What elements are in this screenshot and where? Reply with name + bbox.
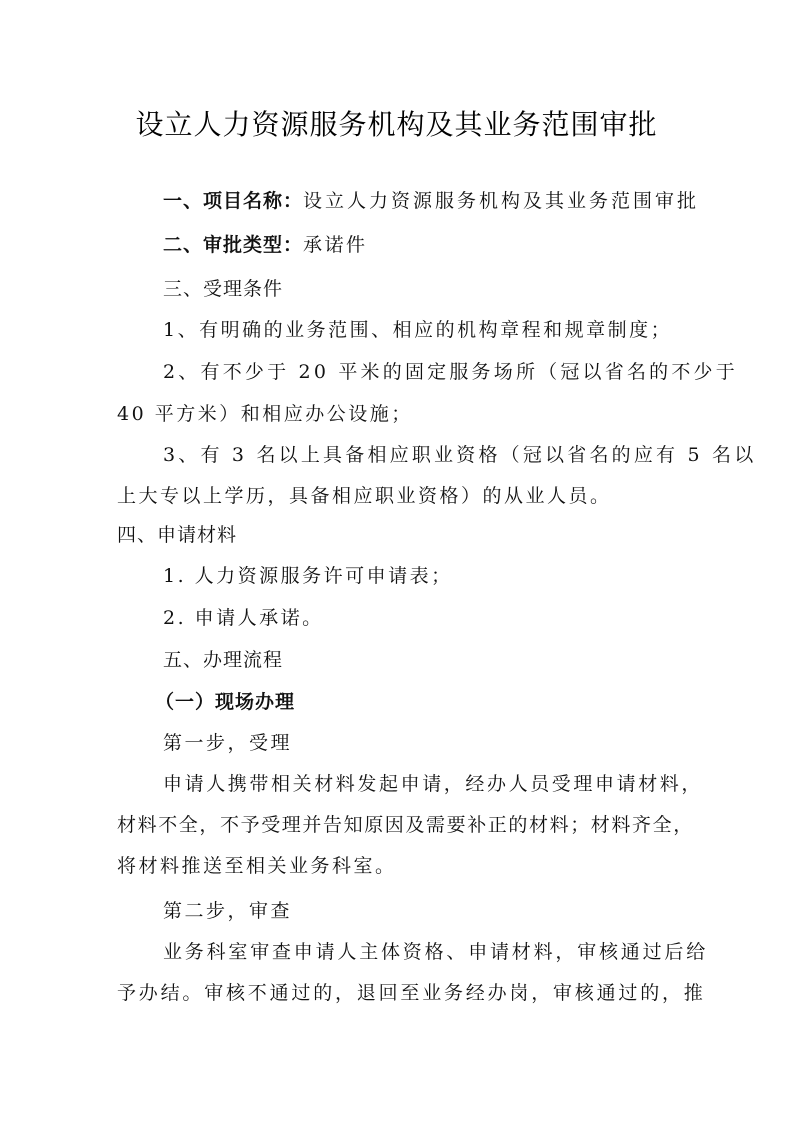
document-title: 设立人力资源服务机构及其业务范围审批 [0, 103, 793, 143]
section3-heading: 三、受理条件 [163, 277, 283, 301]
item-name-label: 一、项目名称： [163, 190, 303, 212]
condition-line: 3、有 3 名以上具备相应职业资格（冠以省名的应有 5 名以 [163, 443, 756, 467]
approval-type-row: 二、审批类型：承诺件 [163, 233, 368, 257]
material-item: 2. 申请人承诺。 [163, 606, 324, 630]
condition-line: 上大专以上学历，具备相应职业资格）的从业人员。 [117, 484, 612, 508]
item-name-row: 一、项目名称：设立人力资源服务机构及其业务范围审批 [163, 189, 699, 213]
condition-line: 1、有明确的业务范围、相应的机构章程和规章制度； [163, 318, 672, 342]
step1-title: 第一步，受理 [163, 731, 292, 755]
step2-line: 业务科室审查申请人主体资格、申请材料，审核通过后给 [163, 940, 708, 964]
step2-line: 予办结。审核不通过的，退回至业务经办岗，审核通过的，推 [117, 981, 706, 1005]
step2-title: 第二步，审查 [163, 899, 292, 923]
approval-type-value: 承诺件 [303, 234, 368, 256]
condition-line: 2、有不少于 20 平米的固定服务场所（冠以省名的不少于 [163, 360, 738, 384]
material-item: 1. 人力资源服务许可申请表； [163, 564, 453, 588]
item-name-value: 设立人力资源服务机构及其业务范围审批 [303, 190, 699, 212]
step1-line: 将材料推送至相关业务科室。 [117, 854, 397, 878]
section5-heading: 五、办理流程 [163, 648, 283, 672]
approval-type-label: 二、审批类型： [163, 234, 303, 256]
step1-line: 申请人携带相关材料发起申请，经办人员受理申请材料， [163, 772, 703, 796]
section4-heading: 四、申请材料 [117, 523, 237, 547]
condition-line: 40 平方米）和相应办公设施； [117, 402, 413, 426]
onsite-subheading: （一）现场办理 [155, 690, 295, 714]
step1-line: 材料不全，不予受理并告知原因及需要补正的材料；材料齐全， [117, 813, 694, 837]
